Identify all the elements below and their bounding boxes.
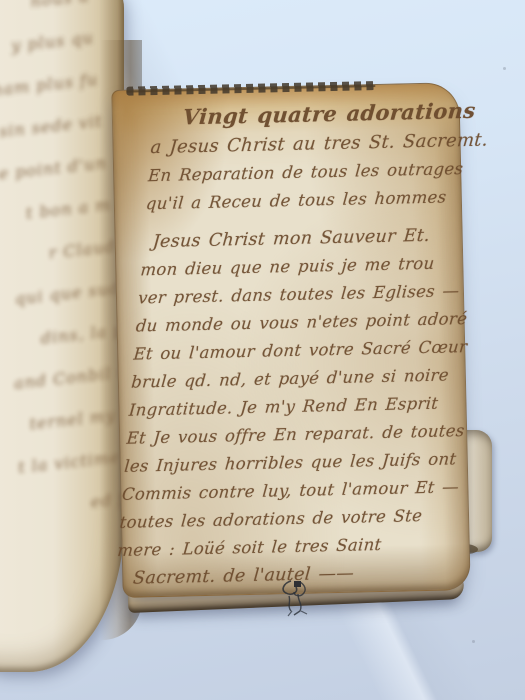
right-page-text: Vingt quatre adorations a Jesus Christ a… [98, 95, 484, 594]
right-page: Vingt quatre adorations a Jesus Christ a… [111, 82, 470, 598]
binding-thread [274, 577, 320, 627]
frayed-top-edge [126, 81, 375, 96]
manuscript-photo: nous a y plus qu ham plus fu il sin sede… [0, 0, 525, 700]
dust-speck [472, 640, 475, 643]
dust-speck [503, 67, 506, 70]
